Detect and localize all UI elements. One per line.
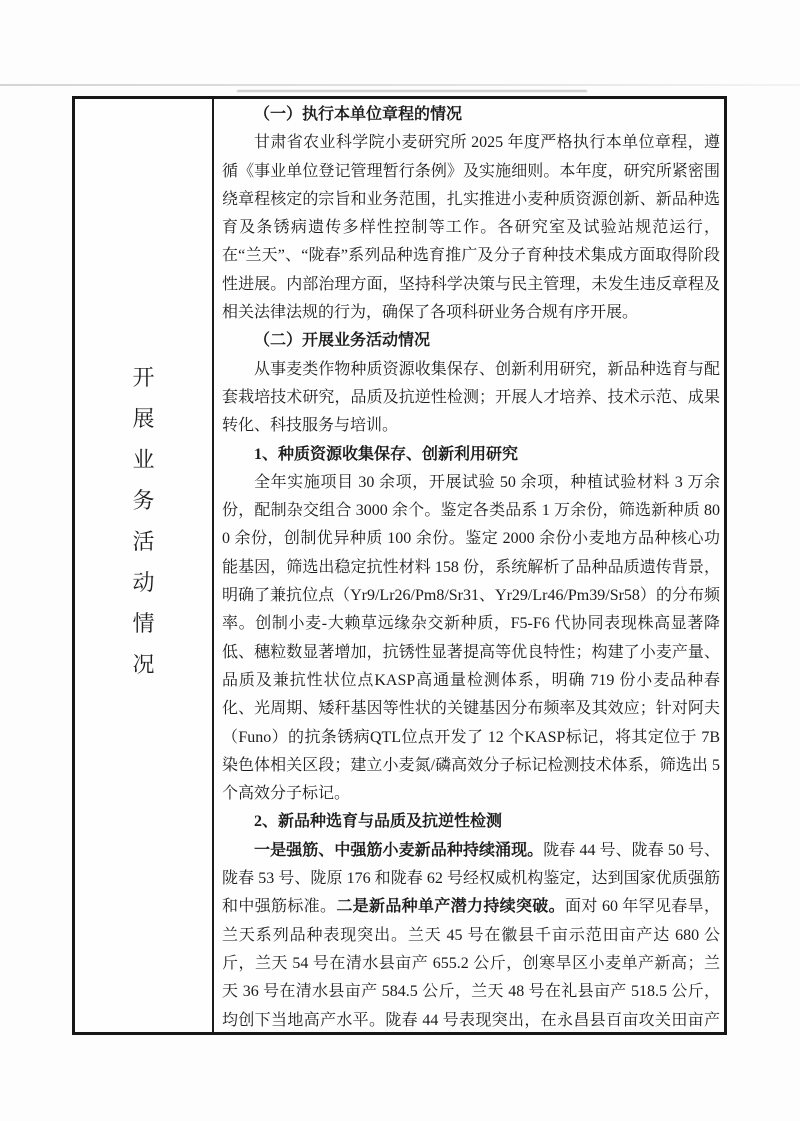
emphasis-text: （二）开展业务活动情况 xyxy=(254,332,430,349)
row-label-char: 业 xyxy=(132,439,154,480)
scanned-document-page: 开展业务活动情况 （一）执行本单位章程的情况甘肃省农业科学院小麦研究所 2025… xyxy=(0,0,800,1121)
row-label-char: 情 xyxy=(132,603,154,644)
paragraph-new-varieties: 一是强筋、中强筋小麦新品种持续涌现。陇春 44 号、陇春 50 号、陇春 53 … xyxy=(222,837,720,1032)
scan-artifact-line xyxy=(0,84,800,86)
section-heading-2: （二）开展业务活动情况 xyxy=(222,327,720,355)
row-label-char: 务 xyxy=(132,480,154,521)
report-content-cell: （一）执行本单位章程的情况甘肃省农业科学院小麦研究所 2025 年度严格执行本单… xyxy=(214,99,724,1032)
row-label-cell: 开展业务活动情况 xyxy=(75,99,214,1032)
body-text: 全年实施项目 30 余项，开展试验 50 余项，种植试验材料 3 万余份，配制杂… xyxy=(222,474,720,802)
subsection-heading-1: 1、种质资源收集保存、创新利用研究 xyxy=(222,441,720,469)
emphasis-text: 二是新品种单产潜力持续突破。 xyxy=(336,898,565,915)
emphasis-text: 一是强筋、中强筋小麦新品种持续涌现。 xyxy=(254,842,543,859)
row-label-char: 动 xyxy=(132,562,154,603)
row-label-char: 开 xyxy=(132,357,154,398)
row-label-char: 活 xyxy=(132,521,154,562)
report-body: （一）执行本单位章程的情况甘肃省农业科学院小麦研究所 2025 年度严格执行本单… xyxy=(222,101,720,1032)
paragraph-charter-compliance: 甘肃省农业科学院小麦研究所 2025 年度严格执行本单位章程，遵循《事业单位登记… xyxy=(222,129,720,327)
body-text: 面对 60 年罕见春旱，兰天系列品种表现突出。兰天 45 号在徽县千亩示范田亩产… xyxy=(222,898,720,1032)
emphasis-text: （一）执行本单位章程的情况 xyxy=(254,106,462,123)
body-text: 甘肃省农业科学院小麦研究所 2025 年度严格执行本单位章程，遵循《事业单位登记… xyxy=(222,134,720,321)
row-label-char: 况 xyxy=(132,644,154,685)
paragraph-germplasm-research: 全年实施项目 30 余项，开展试验 50 余项，种植试验材料 3 万余份，配制杂… xyxy=(222,469,720,809)
emphasis-text: 1、种质资源收集保存、创新利用研究 xyxy=(254,446,518,463)
row-label-char: 展 xyxy=(132,398,154,439)
paragraph-business-scope: 从事麦类作物种质资源收集保存、创新利用研究，新品种选育与配套栽培技术研究，品质及… xyxy=(222,356,720,441)
body-text: 从事麦类作物种质资源收集保存、创新利用研究，新品种选育与配套栽培技术研究，品质及… xyxy=(222,361,720,435)
emphasis-text: 2、新品种选育与品质及抗逆性检测 xyxy=(254,813,502,830)
section-heading-1: （一）执行本单位章程的情况 xyxy=(222,101,720,129)
report-table: 开展业务活动情况 （一）执行本单位章程的情况甘肃省农业科学院小麦研究所 2025… xyxy=(72,96,727,1035)
subsection-heading-2: 2、新品种选育与品质及抗逆性检测 xyxy=(222,808,720,836)
row-label-vertical-text: 开展业务活动情况 xyxy=(75,357,212,685)
scan-artifact-smudge xyxy=(237,90,587,92)
